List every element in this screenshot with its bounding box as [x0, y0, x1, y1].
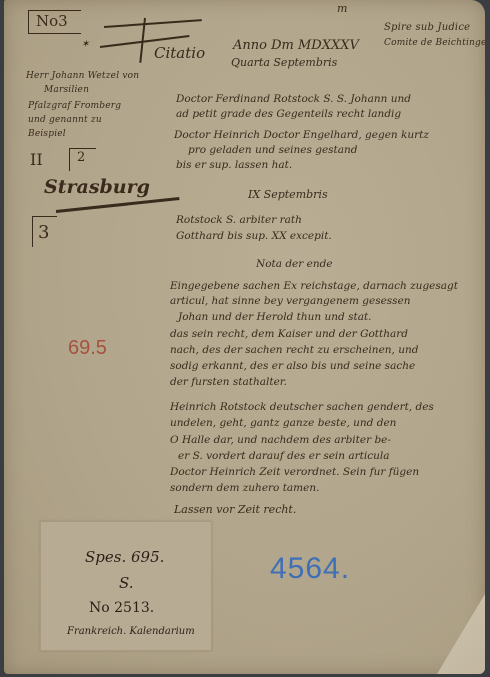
party-line: Herr Johann Wetzel von — [26, 71, 139, 81]
archive-label: Spes. 695. S. No 2513. Frankreich. Kalen… — [40, 521, 212, 651]
dated-heading: IX Septembris — [248, 188, 328, 201]
text-line: Heinrich Rotstock deutscher sachen gende… — [170, 401, 434, 413]
text-line: sodig erkannt, des er also bis und seine… — [170, 360, 415, 372]
date-line: Quarta Septembris — [231, 56, 337, 69]
label-line-4: Frankreich. Kalendarium — [67, 626, 195, 637]
text-line: articul, hat sinne bey vergangenem geses… — [170, 295, 411, 307]
text-line: Gotthard bis sup. XX excepit. — [176, 230, 332, 242]
court-line-2: Comite de Beichtingen — [384, 38, 485, 48]
text-line: Eingegebene sachen Ex reichstage, darnac… — [170, 280, 458, 292]
text-line: Johan und der Herold thun und stat. — [178, 311, 372, 323]
text-line: pro geladen und seines gestand — [188, 144, 358, 156]
text-line: nach, des der sachen recht zu erscheinen… — [170, 344, 418, 356]
place-underline — [56, 197, 180, 213]
text-line: O Halle dar, und nachdem des arbiter be- — [170, 434, 391, 446]
blue-catalog-number: 4564. — [270, 552, 350, 586]
corner-mark: m — [337, 2, 347, 15]
party-line: Marsilien — [44, 85, 89, 95]
box-number: 3 — [38, 222, 49, 243]
document-title: Citatio — [154, 44, 205, 62]
label-line-1: Spes. 695. — [85, 548, 164, 566]
box-mark-text: No3 — [36, 12, 68, 30]
label-line-2: S. — [119, 574, 134, 592]
header-stroke-1 — [104, 19, 202, 28]
manuscript-page: No3 ✶ Citatio Anno Dm MDXXXV Quarta Sept… — [4, 0, 485, 674]
text-line: der fursten stathalter. — [170, 376, 287, 388]
text-line: undelen, geht, gantz ganze beste, und de… — [170, 417, 396, 429]
text-line: ad petit grade des Gegenteils recht land… — [176, 108, 401, 120]
text-line: Doctor Heinrich Doctor Engelhard, gegen … — [174, 129, 429, 141]
party-line: und genannt zu — [28, 115, 102, 125]
year-line: Anno Dm MDXXXV — [233, 38, 359, 53]
label-line-3: No 2513. — [89, 600, 154, 616]
ink-blot: ✶ — [81, 39, 89, 50]
text-line: Doctor Heinrich Zeit verordnet. Sein fur… — [170, 466, 419, 478]
shelf-mark-1: II — [30, 150, 43, 169]
party-line: Pfalzgraf Fromberg — [28, 101, 121, 111]
red-folio-number: 69.5 — [68, 337, 107, 360]
text-line: bis er sup. lassen hat. — [176, 159, 292, 171]
text-line: Doctor Ferdinand Rotstock S. S. Johann u… — [176, 93, 411, 105]
party-line: Beispiel — [28, 129, 66, 139]
worn-corner — [425, 594, 485, 674]
text-line: er S. vordert darauf des er sein articul… — [178, 450, 390, 462]
section-heading: Nota der ende — [256, 258, 333, 270]
shelf-mark-2: 2 — [77, 150, 85, 165]
parties-block: Herr Johann Wetzel von Marsilien Pfalzgr… — [26, 71, 176, 141]
text-line: sondern dem zuhero tamen. — [170, 482, 319, 494]
text-line: Rotstock S. arbiter rath — [176, 214, 302, 226]
place-name: Strasburg — [44, 176, 150, 198]
closing-line: Lassen vor Zeit recht. — [174, 503, 296, 516]
court-line-1: Spire sub Judice — [384, 22, 470, 33]
text-line: das sein recht, dem Kaiser und der Gotth… — [170, 328, 408, 340]
